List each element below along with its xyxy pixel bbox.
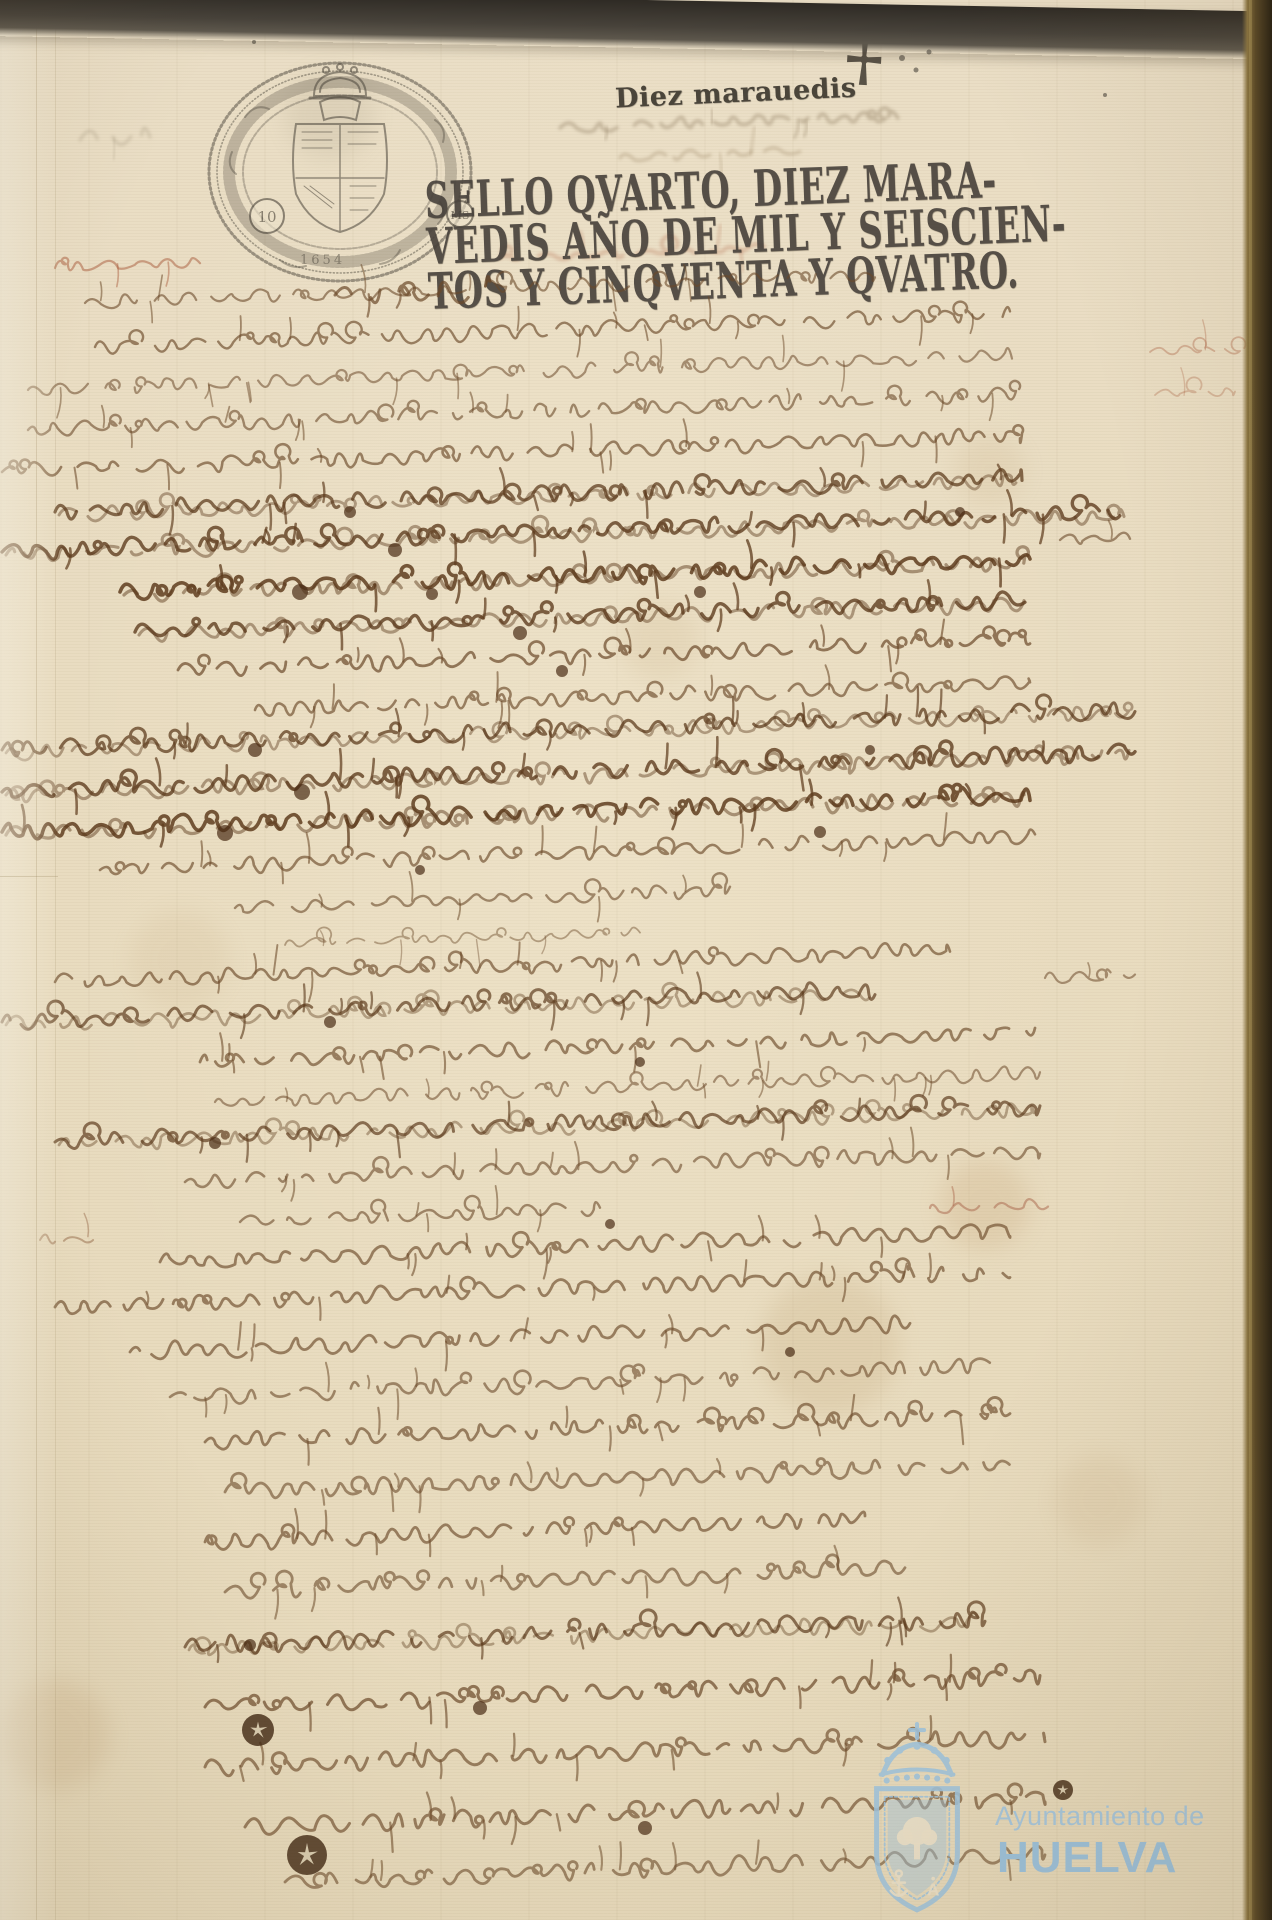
handwriting-flick — [863, 1038, 865, 1051]
handwriting-flick — [84, 1213, 88, 1236]
ink-blot — [638, 1821, 652, 1835]
handwriting-flick — [697, 973, 701, 998]
handwriting-line — [235, 873, 730, 912]
handwriting-flick — [551, 1153, 553, 1167]
handwriting-flick — [368, 294, 370, 316]
handwriting-flick — [960, 1416, 963, 1444]
handwriting-flick — [466, 1234, 467, 1250]
handwriting-flick — [260, 1743, 263, 1765]
handwriting-flick — [341, 999, 342, 1012]
handwriting-flick — [756, 1840, 759, 1863]
handwriting-flick — [1010, 1801, 1012, 1814]
handwriting-flick — [920, 316, 922, 345]
handwriting-flick — [688, 279, 691, 301]
handwriting-flick — [290, 318, 291, 339]
handwriting-flick — [594, 827, 597, 852]
handwriting-flick — [408, 1254, 409, 1268]
handwriting-flick — [894, 1663, 895, 1682]
handwriting-flick — [711, 676, 712, 695]
handwriting-flick — [280, 463, 281, 489]
handwriting-flick — [742, 824, 743, 847]
handwriting-flick — [410, 872, 413, 901]
handwriting-flick — [225, 765, 227, 785]
handwriting-flick — [393, 378, 397, 404]
handwriting-flick — [323, 483, 324, 502]
handwriting-flick — [426, 1079, 429, 1096]
handwriting-flick — [240, 1766, 244, 1781]
handwriting-flick — [496, 672, 497, 702]
handwriting-flick — [309, 1703, 310, 1731]
handwriting-flick — [1203, 320, 1206, 350]
handwriting-flick — [446, 1342, 447, 1371]
handwriting-flick — [500, 468, 504, 494]
handwriting-line — [240, 1196, 600, 1225]
handwriting-flick — [843, 1849, 845, 1862]
handwriting-flick — [439, 649, 443, 663]
handwriting-flick — [302, 421, 304, 439]
handwriting-flick — [572, 432, 573, 451]
handwriting-flick — [371, 992, 372, 1008]
handwriting-flick — [799, 1687, 801, 1709]
handwriting-flick — [326, 1363, 329, 1392]
handwriting-flick — [232, 1060, 234, 1072]
handwriting-flick — [513, 1734, 514, 1756]
handwriting-flick — [887, 1623, 891, 1646]
handwriting-flick — [881, 1238, 882, 1257]
handwriting-flick — [669, 1315, 672, 1333]
handwriting-flick — [309, 972, 313, 1001]
handwriting-line — [205, 1664, 1040, 1709]
handwriting-flick — [304, 984, 305, 1011]
handwriting-flick — [470, 274, 471, 290]
handwriting-flick — [782, 1117, 783, 1140]
handwriting-flick — [156, 759, 160, 786]
handwriting-flick — [821, 468, 825, 486]
handwriting-flick — [948, 1156, 949, 1180]
handwriting-flick — [665, 1331, 666, 1347]
handwriting-flick — [274, 945, 278, 975]
ink-blot — [344, 506, 356, 518]
handwriting-flick — [577, 330, 580, 357]
ink-blot — [605, 1219, 615, 1229]
handwriting-flick — [415, 1368, 417, 1386]
handwriting-flick — [944, 813, 947, 840]
handwriting-flick — [759, 1081, 763, 1097]
handwriting-flick — [787, 389, 789, 404]
handwriting-flick — [734, 584, 738, 610]
handwriting-flick — [361, 265, 365, 293]
handwriting-flick — [1181, 368, 1185, 396]
ink-blot — [635, 1057, 645, 1067]
handwriting-flick — [427, 1214, 428, 1231]
handwriting-flick — [482, 1581, 484, 1595]
paper-crease — [55, 0, 56, 1920]
handwriting-flick — [601, 961, 602, 981]
handwriting-flick — [131, 428, 132, 447]
handwriting-flick — [254, 954, 256, 974]
handwriting-flick — [843, 1278, 846, 1301]
handwriting-line — [225, 1459, 1010, 1498]
handwriting-line — [285, 927, 640, 946]
handwriting-line — [135, 592, 1030, 636]
handwriting-flick — [870, 1660, 872, 1684]
handwriting-flick — [673, 1843, 676, 1869]
handwriting-flick — [238, 1322, 241, 1350]
handwriting-flick — [457, 581, 460, 603]
handwriting-flick — [945, 1679, 947, 1700]
handwriting-flick — [166, 262, 169, 286]
handwriting-flick — [312, 1588, 315, 1611]
handwriting-flick — [484, 1820, 485, 1838]
handwriting-flick — [862, 442, 864, 467]
handwriting-line — [85, 272, 875, 308]
handwriting-flick — [282, 1177, 286, 1192]
handwriting-flick — [821, 625, 824, 646]
handwriting-heavy-pass — [6, 788, 1024, 838]
ink-blot — [248, 743, 262, 757]
handwriting-flick — [429, 1698, 431, 1724]
handwriting-flick — [340, 624, 342, 650]
handwriting-layer — [0, 0, 1272, 1920]
handwriting-flick — [425, 705, 428, 725]
handwriting-flick — [591, 424, 592, 452]
handwriting-flick — [672, 1750, 674, 1770]
handwriting-flick — [400, 638, 404, 661]
handwriting-flick — [228, 1044, 229, 1060]
handwriting-flick — [698, 1065, 701, 1086]
handwriting-flick — [600, 1846, 602, 1870]
handwriting-flick — [917, 687, 918, 716]
handwriting-flick — [660, 340, 661, 367]
handwriting-flick — [447, 1276, 450, 1293]
ink-blot — [415, 865, 425, 875]
handwriting-flick — [270, 505, 271, 530]
ink-blot — [865, 745, 875, 755]
handwriting-line — [1155, 377, 1235, 396]
handwriting-line — [200, 1028, 1035, 1067]
handwriting-flick — [820, 1263, 822, 1280]
handwriting-flick — [930, 1716, 931, 1739]
handwriting-flick — [400, 940, 402, 965]
handwriting-line — [28, 348, 1012, 395]
handwriting-flick — [935, 436, 936, 462]
handwriting-flick — [1008, 1855, 1011, 1880]
handwriting-flick — [201, 841, 202, 866]
handwriting-flick — [275, 1590, 278, 1619]
handwriting-line — [930, 1199, 1048, 1213]
handwriting-flick — [593, 1288, 594, 1300]
ink-blot — [694, 586, 706, 598]
handwriting-flick — [307, 1439, 308, 1465]
handwriting-flick — [747, 540, 752, 567]
handwriting-flick — [75, 468, 78, 489]
handwriting-flick — [375, 585, 376, 612]
handwriting-flick — [399, 777, 401, 798]
handwriting-line — [2, 425, 1023, 475]
handwriting-flick — [659, 1425, 663, 1440]
handwriting-line — [1150, 337, 1245, 354]
handwriting-line — [55, 1259, 1010, 1314]
handwriting-flick — [612, 282, 616, 310]
handwriting-flick — [218, 977, 219, 993]
handwriting-flick — [440, 1760, 441, 1778]
handwriting-flick — [583, 655, 585, 675]
handwriting-flick — [412, 1254, 416, 1275]
handwriting-flick — [684, 1377, 686, 1400]
handwriting-flick — [577, 1755, 578, 1780]
handwriting-flick — [898, 1598, 902, 1624]
handwriting-line — [215, 1066, 1040, 1105]
handwriting-flick — [419, 1486, 420, 1512]
handwriting-flick — [460, 952, 461, 968]
handwriting-flick — [534, 532, 535, 556]
handwriting-flick — [683, 876, 686, 892]
ink-blot — [388, 543, 402, 557]
handwriting-flick — [544, 1250, 547, 1279]
handwriting-flick — [888, 646, 891, 671]
ink-blot — [209, 1137, 221, 1149]
handwriting-flick — [251, 1348, 252, 1360]
handwriting-flick — [205, 1398, 206, 1417]
handwriting-flick — [777, 1794, 778, 1810]
handwriting-flick — [1007, 490, 1011, 515]
handwriting-flick — [557, 1468, 558, 1481]
handwriting-flick — [645, 325, 648, 340]
handwriting-flick — [524, 1318, 528, 1338]
handwriting-line — [205, 1728, 1045, 1775]
handwriting-flick — [894, 1078, 895, 1100]
handwriting-flick — [186, 723, 188, 742]
scan-right-edge — [1242, 0, 1272, 1920]
handwriting-flick — [929, 1076, 931, 1095]
handwriting-flick — [253, 1324, 255, 1347]
handwriting-flick — [463, 733, 464, 750]
handwriting-flick — [281, 863, 283, 884]
handwriting-flick — [749, 512, 752, 525]
handwriting-flick — [793, 523, 794, 546]
handwriting-flick — [322, 1490, 324, 1505]
handwriting-flick — [708, 1241, 711, 1260]
handwriting-line — [185, 1147, 1040, 1188]
handwriting-flick — [477, 940, 481, 968]
handwriting-line — [95, 302, 1010, 354]
handwriting-flick — [495, 1149, 496, 1169]
handwriting-flick — [150, 301, 152, 322]
ink-blot — [294, 784, 310, 800]
handwriting-flick — [634, 1047, 636, 1071]
handwriting-line — [205, 1512, 865, 1550]
handwriting-flick — [496, 1186, 498, 1215]
handwriting-flick — [657, 1378, 661, 1402]
handwriting-flick — [640, 1479, 643, 1496]
handwriting-flick — [247, 1135, 248, 1162]
handwriting-flick — [286, 1088, 288, 1101]
handwriting-flick — [952, 1187, 954, 1205]
handwriting-flick — [939, 690, 941, 718]
handwriting-flick — [970, 314, 973, 333]
handwriting-flick — [590, 1527, 592, 1543]
ink-blot — [513, 626, 527, 640]
handwriting-flick — [736, 711, 738, 723]
handwriting-flick — [358, 648, 359, 662]
ink-blot — [217, 825, 233, 841]
handwriting-flick — [548, 1248, 551, 1263]
handwriting-flick — [632, 1528, 634, 1545]
handwriting-flick — [167, 465, 169, 490]
handwriting-flick — [1109, 521, 1112, 539]
handwriting-flick — [455, 535, 456, 565]
handwriting-flick — [319, 1298, 320, 1320]
handwriting-flick — [923, 1078, 926, 1096]
ink-blot — [473, 1701, 487, 1715]
handwriting-flick — [205, 383, 209, 398]
handwriting-flick — [541, 826, 542, 854]
handwriting-flick — [666, 744, 668, 769]
handwriting-flick — [736, 322, 738, 339]
handwriting-flick — [941, 396, 943, 411]
handwriting-flick — [332, 684, 334, 709]
handwriting-flick — [240, 316, 241, 340]
handwriting-flick — [395, 1474, 399, 1487]
ink-blot — [244, 1639, 256, 1651]
handwriting-flick — [445, 1700, 447, 1727]
handwriting-flick — [983, 715, 985, 734]
handwriting-flick — [600, 452, 603, 472]
handwriting-flick — [444, 1052, 445, 1073]
handwriting-flick — [1004, 514, 1005, 542]
handwriting-flick — [646, 1576, 648, 1597]
handwriting-line — [100, 830, 1035, 874]
handwriting-flick — [101, 282, 102, 301]
ink-blot — [324, 1016, 336, 1028]
handwriting-heavy-pass — [59, 475, 1016, 521]
handwriting-flick — [844, 1744, 847, 1766]
handwriting-flick — [716, 737, 718, 767]
handwriting-flick — [347, 820, 348, 846]
handwriting-line — [178, 627, 1030, 676]
handwriting-flick — [368, 1376, 370, 1389]
handwriting-line — [55, 943, 950, 986]
handwriting-flick — [220, 1033, 223, 1061]
handwriting-flick — [528, 1462, 532, 1482]
handwriting-flick — [888, 1684, 892, 1699]
handwriting-flick — [291, 1180, 294, 1201]
handwriting-flick — [102, 406, 104, 428]
handwriting-flick — [518, 307, 519, 331]
handwriting-flick — [890, 1138, 893, 1158]
page-edge-highlight — [1249, 0, 1252, 1920]
handwriting-line — [205, 1397, 1010, 1449]
handwriting-flick — [615, 812, 617, 824]
ink-blot — [955, 507, 965, 517]
handwriting-flick — [762, 1329, 763, 1351]
handwriting-flick — [783, 336, 784, 362]
handwriting-flick — [940, 620, 944, 644]
handwriting-line — [170, 1359, 1005, 1404]
handwriting-flick — [452, 1797, 455, 1818]
handwriting-flick — [161, 825, 164, 847]
paper-crease — [0, 876, 58, 877]
ink-blot — [292, 584, 308, 600]
handwriting-flick — [610, 1426, 611, 1450]
handwriting-flick — [884, 842, 886, 861]
handwriting-flick — [911, 1128, 913, 1157]
handwriting-flick — [598, 897, 600, 922]
handwriting-flick — [709, 297, 711, 323]
handwriting-flick — [732, 697, 733, 724]
handwriting-flick — [381, 1861, 382, 1880]
handwriting-line — [1060, 533, 1130, 544]
handwriting-flick — [610, 451, 611, 470]
handwriting-flick — [647, 999, 649, 1025]
handwriting-flick — [614, 961, 617, 981]
handwriting-flick — [225, 1395, 227, 1413]
handwriting-heavy-pass — [6, 983, 869, 1029]
handwriting-flick — [397, 1389, 398, 1419]
handwriting-flick — [325, 1511, 326, 1539]
handwriting-flick — [756, 1041, 760, 1067]
ink-blot — [426, 588, 438, 600]
handwriting-line — [255, 673, 1030, 716]
handwriting-flick — [170, 506, 173, 535]
handwriting-flick — [501, 1566, 502, 1581]
scanned-manuscript-page: 10 MS 1654 Diez marauedis SELLO QVARTO, … — [0, 0, 1272, 1920]
handwriting-flick — [950, 1655, 951, 1682]
handwriting-flick — [547, 732, 550, 749]
ink-blot — [556, 665, 568, 677]
handwriting-line — [55, 258, 200, 271]
underlying-page-edge — [0, 0, 60, 1920]
handwriting-flick — [296, 419, 299, 440]
handwriting-flick — [512, 1817, 516, 1844]
handwriting-flick — [1088, 963, 1090, 977]
ink-blot — [785, 1347, 795, 1357]
paper-crease — [36, 0, 37, 1920]
handwriting-flick — [534, 496, 538, 510]
ink-blot — [814, 826, 826, 838]
handwriting-flick — [340, 749, 341, 779]
handwriting-flick — [585, 1529, 587, 1546]
handwriting-flick — [566, 1407, 567, 1427]
handwriting-flick — [557, 1814, 560, 1830]
handwriting-flick — [832, 1267, 834, 1280]
handwriting-flick — [552, 1001, 555, 1030]
handwriting-flick — [375, 1534, 377, 1554]
handwriting-flick — [378, 1408, 379, 1434]
handwriting-flick — [454, 1153, 455, 1174]
handwriting-flick — [718, 610, 721, 631]
handwriting-flick — [990, 393, 993, 420]
handwriting-flick — [766, 1061, 768, 1080]
handwriting-flick — [620, 1842, 621, 1869]
handwriting-line — [225, 1555, 905, 1598]
handwriting-flick — [930, 1254, 931, 1277]
handwriting-flick — [457, 373, 458, 398]
handwriting-line — [285, 1846, 1045, 1887]
handwriting-flick — [429, 1535, 430, 1557]
handwriting-flick — [174, 743, 175, 759]
